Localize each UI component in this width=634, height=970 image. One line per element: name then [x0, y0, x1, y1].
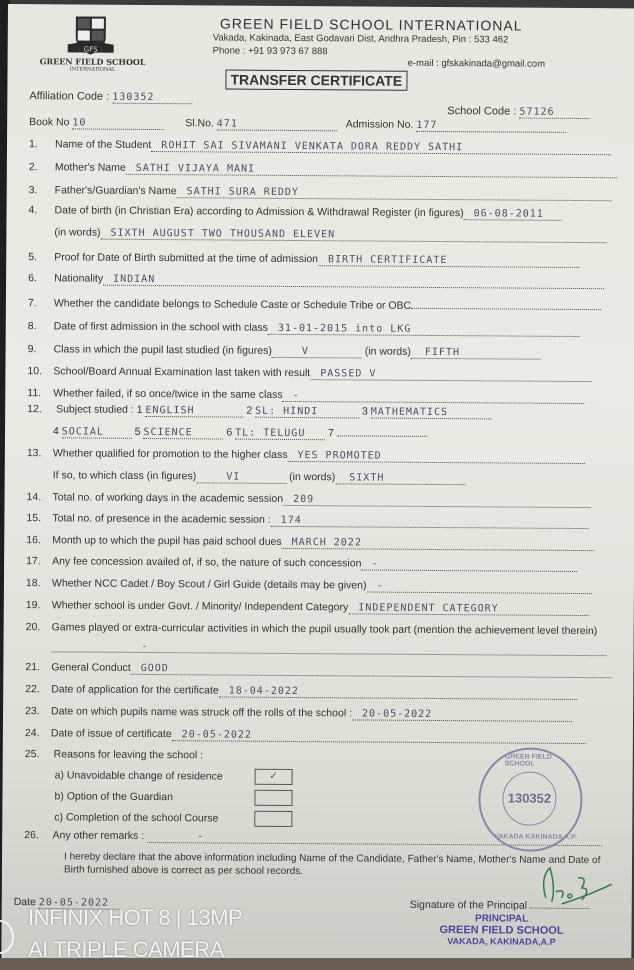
item-number: 11. [27, 387, 53, 399]
subject-index: 4 [53, 425, 59, 437]
field-value: V [272, 346, 362, 359]
field-value: ROHIT SAI SIVAMANI VENKATA DORA REDDY SA… [151, 140, 611, 155]
form-row: (in words)SIXTH AUGUST TWO THOUSAND ELEV… [54, 226, 606, 243]
subject-index: 7 [328, 427, 334, 439]
reason-label: a) Unavoidable change of residence [55, 769, 255, 782]
form-row: 14.Total no. of working days in the acad… [27, 491, 591, 508]
field-value: 20-05-2022 [172, 729, 586, 744]
field-value: MARCH 2022 [282, 537, 594, 551]
field-value: 20-05-2022 [352, 708, 572, 722]
field-label: Proof for Date of Birth submitted at the… [54, 251, 318, 265]
affiliation-code-label: Affiliation Code : [29, 90, 109, 103]
field-label: Whether the candidate belongs to Schedul… [54, 297, 411, 311]
item-number: 23. [25, 705, 51, 717]
subject-4: SOCIAL [62, 426, 132, 438]
field-label: Whether qualified for promotion to the h… [53, 447, 288, 461]
form-row: 22.Date of application for the certifica… [25, 683, 577, 700]
field-value: - [366, 581, 592, 595]
subject-3: MATHEMATICS [371, 407, 491, 420]
subjects-row-2: 4 SOCIAL 5 SCIENCE 6 TL: TELUGU 7 [53, 425, 427, 441]
school-seal-stamp: 130352 GREEN FIELD SCHOOL VAKADA KAKINAD… [478, 747, 583, 852]
field-label: Mother's Name [55, 161, 126, 173]
field-value: SIXTH [335, 472, 465, 485]
reason-option: b) Option of the Guardian [54, 788, 292, 806]
field-label: General Conduct [51, 661, 130, 674]
principal-stamp: PRINCIPAL GREEN FIELD SCHOOL VAKADA, KAK… [431, 913, 571, 947]
camera-watermark-line1: INFINIX HOT 8 | 13MP [28, 905, 242, 931]
field-value [411, 308, 601, 310]
field-value: 209 [283, 494, 590, 508]
reason-checkbox[interactable] [254, 790, 292, 806]
item-number: 20. [26, 621, 52, 633]
form-row: If so, to which class (in figures)VI (in… [53, 469, 466, 485]
field-label: (in words) [289, 471, 335, 483]
field-value: PASSED V [310, 368, 592, 382]
form-row-continuation: - [51, 639, 606, 656]
form-row: 6.NationalityINDIAN [28, 272, 604, 289]
stamp-bottom-text: VAKADA KAKINADA A.P. [494, 833, 577, 841]
form-row: 13.Whether qualified for promotion to th… [27, 447, 585, 464]
school-code-row: School Code : 57126 [447, 105, 589, 119]
item-number: 19. [26, 599, 52, 611]
field-label: School/Board Annual Examination last tak… [53, 365, 310, 379]
logo-school-subname: INTERNATIONAL [38, 66, 148, 73]
reasons-heading: 25. Reasons for leaving the school : [25, 748, 203, 761]
field-value: SATHI VIJAYA MANI [126, 163, 617, 178]
field-label: Name of the Student [55, 138, 151, 151]
field-label: Total no. of presence in the academic se… [52, 512, 270, 526]
form-row: 1.Name of the StudentROHIT SAI SIVAMANI … [29, 138, 611, 155]
subject-6: TL: TELUGU [235, 428, 325, 441]
school-address: Vakada, Kakinada, East Godavari Dist, An… [213, 32, 509, 45]
subject-index: 2 [246, 405, 252, 417]
item-number: 18. [26, 577, 52, 589]
item-number: 12. [27, 403, 53, 415]
subject-7 [337, 435, 427, 437]
field-value: - [283, 390, 585, 404]
form-row: 16.Month up to which the pupil has paid … [26, 534, 594, 551]
field-label: Date of first admission in the school wi… [54, 320, 268, 333]
subjects-row-1: 12. Subject studied : 1 ENGLISH 2 SL: HI… [27, 403, 491, 419]
certificate-items-part1: 1.Name of the StudentROHIT SAI SIVAMANI … [8, 4, 634, 8]
field-value: 31-01-2015 into LKG [268, 323, 580, 337]
field-label: Date of birth (in Christian Era) accordi… [55, 204, 464, 219]
affiliation-code-value: 130352 [112, 92, 192, 105]
book-no-value: 10 [72, 117, 164, 130]
form-row: 10.School/Board Annual Examination last … [27, 365, 591, 382]
transfer-certificate-page: GFS GREEN FIELD SCHOOL INTERNATIONAL GRE… [1, 4, 634, 970]
field-value: 06-08-2011 [464, 208, 562, 221]
form-row: 24.Date of issue of certificate20-05-202… [25, 727, 586, 744]
field-value: - [361, 558, 576, 572]
subject-index: 5 [135, 426, 141, 438]
reason-label: b) Option of the Guardian [54, 790, 254, 803]
field-label: Class in which the pupil last studied (i… [54, 343, 272, 357]
item-number: 25. [25, 748, 51, 760]
item-number: 17. [26, 555, 52, 567]
book-no-label: Book No [29, 116, 69, 128]
subject-5: SCIENCE [143, 427, 223, 440]
field-value: SIXTH AUGUST TWO THOUSAND ELEVEN [100, 228, 606, 244]
subjects-label: Subject studied : [56, 403, 134, 416]
remarks-label: Any other remarks : [52, 829, 144, 842]
item-number: 15. [26, 512, 52, 524]
item-number: 21. [25, 661, 51, 673]
field-value: SATHI SURA REDDY [177, 186, 612, 201]
item-number: 26. [24, 829, 50, 841]
field-value: FIFTH [411, 347, 541, 360]
field-value: - [51, 640, 606, 656]
subject-1: ENGLISH [145, 405, 243, 418]
field-label: (in words) [54, 226, 100, 238]
form-row: 18.Whether NCC Cadet / Boy Scout / Girl … [26, 577, 592, 594]
subject-2: SL: HINDI [255, 406, 359, 419]
subject-index: 3 [362, 405, 368, 417]
field-label: If so, to which class (in figures) [53, 469, 197, 482]
principal-place: VAKADA, KAKINADA,A.P [431, 936, 571, 947]
form-row: 7.Whether the candidate belongs to Sched… [28, 297, 601, 313]
signature-label: Signature of the Principal [410, 899, 527, 912]
item-number: 9. [28, 343, 54, 355]
school-phone: Phone : +91 93 973 67 888 [213, 45, 328, 57]
field-label: Date of application for the certificate [51, 683, 219, 696]
field-value: 18-04-2022 [219, 685, 577, 699]
form-row: 19.Whether school is under Govt. / Minor… [26, 599, 589, 616]
field-value: GOOD [131, 663, 612, 678]
item-number: 10. [27, 365, 53, 377]
item-number: 5. [28, 251, 54, 263]
item-number: 2. [29, 161, 55, 173]
field-label: Nationality [54, 272, 103, 284]
field-label: Month up to which the pupil has paid sch… [52, 534, 281, 548]
item-number: 1. [29, 138, 55, 150]
form-row: 4.Date of birth (in Christian Era) accor… [29, 204, 562, 221]
form-row: 11.Whether failed, if so once/twice in t… [27, 387, 584, 404]
reasons-options: a) Unavoidable change of residence✓b) Op… [8, 4, 634, 8]
form-row: 2.Mother's NameSATHI VIJAYA MANI [29, 161, 617, 178]
school-code-value: 57126 [519, 107, 589, 119]
form-row: 15.Total no. of presence in the academic… [26, 512, 588, 529]
field-label: Date on which pupils name was struck off… [51, 705, 352, 719]
principal-school: GREEN FIELD SCHOOL [432, 924, 572, 937]
sl-no-value: 471 [217, 118, 337, 131]
school-name-heading: GREEN FIELD SCHOOL INTERNATIONAL [220, 15, 523, 33]
field-value: INDIAN [103, 274, 604, 289]
item-number: 24. [25, 727, 51, 739]
reasons-label: Reasons for leaving the school : [54, 748, 204, 761]
field-label: Date of issue of certificate [51, 727, 172, 740]
school-crest-icon: GFS [66, 14, 116, 58]
subject-index: 6 [226, 427, 232, 439]
reason-checkbox[interactable]: ✓ [255, 769, 293, 785]
photo-bottom-edge [0, 958, 634, 970]
item-number: 13. [27, 447, 53, 459]
form-row: 5.Proof for Date of Birth submitted at t… [28, 251, 579, 268]
field-label: (in words) [365, 345, 411, 357]
admission-no-label: Admission No. [346, 118, 414, 130]
certificate-items-part2: 13.Whether qualified for promotion to th… [8, 4, 634, 8]
school-code-label: School Code : [447, 105, 516, 117]
reason-label: c) Completion of the school Course [54, 811, 254, 824]
stamp-number: 130352 [502, 771, 556, 825]
principal-signature-icon [532, 858, 612, 909]
document-title: TRANSFER CERTIFICATE [225, 70, 407, 91]
form-row: 9.Class in which the pupil last studied … [28, 343, 541, 360]
field-value: 174 [271, 515, 588, 529]
school-email: e-mail : gfskakinada@gmail.com [408, 58, 545, 70]
field-label: Father's/Guardian's Name [55, 184, 177, 197]
form-row: 21.General ConductGOOD [25, 661, 611, 678]
stamp-top-text: GREEN FIELD SCHOOL [505, 753, 581, 768]
form-row: 20.Games played or extra-curricular acti… [26, 621, 598, 637]
item-number: 3. [29, 184, 55, 196]
affiliation-code-row: Affiliation Code : 130352 [29, 90, 192, 104]
item-number: 7. [28, 297, 54, 309]
form-row: 17.Any fee concession availed of, if so,… [26, 555, 577, 572]
field-label: Any fee concession availed of, if so, th… [52, 555, 361, 569]
sl-no-label: Sl.No. [185, 117, 214, 129]
field-value: BIRTH CERTIFICATE [318, 254, 579, 268]
field-label: Games played or extra-curricular activit… [52, 621, 598, 637]
item-number: 8. [28, 320, 54, 332]
field-label: Whether NCC Cadet / Boy Scout / Girl Gui… [52, 577, 367, 591]
field-value: VI [196, 471, 286, 484]
item-number: 14. [27, 491, 53, 503]
item-number: 4. [29, 204, 55, 216]
reason-checkbox[interactable] [254, 811, 292, 827]
field-label: Whether school is under Govt. / Minority… [52, 599, 349, 613]
field-value: YES PROMOTED [287, 450, 584, 464]
admission-no-value: 177 [416, 120, 566, 133]
form-row: 23.Date on which pupils name was struck … [25, 705, 572, 722]
field-label: Total no. of working days in the academi… [53, 491, 284, 505]
item-number: 6. [28, 272, 54, 284]
item-number: 16. [26, 534, 52, 546]
field-value: INDEPENDENT CATEGORY [348, 602, 589, 616]
svg-text:GFS: GFS [84, 46, 98, 54]
item-number: 22. [25, 683, 51, 695]
field-label: Whether failed, if so once/twice in the … [53, 387, 282, 401]
reason-option: a) Unavoidable change of residence✓ [55, 767, 293, 785]
form-row: 3.Father's/Guardian's NameSATHI SURA RED… [29, 184, 612, 201]
book-row: Book No 10 Sl.No. 471 Admission No. 177 [29, 116, 566, 133]
subject-index: 1 [137, 404, 143, 416]
form-row: 8.Date of first admission in the school … [28, 320, 580, 337]
reason-option: c) Completion of the school Course [54, 809, 292, 827]
